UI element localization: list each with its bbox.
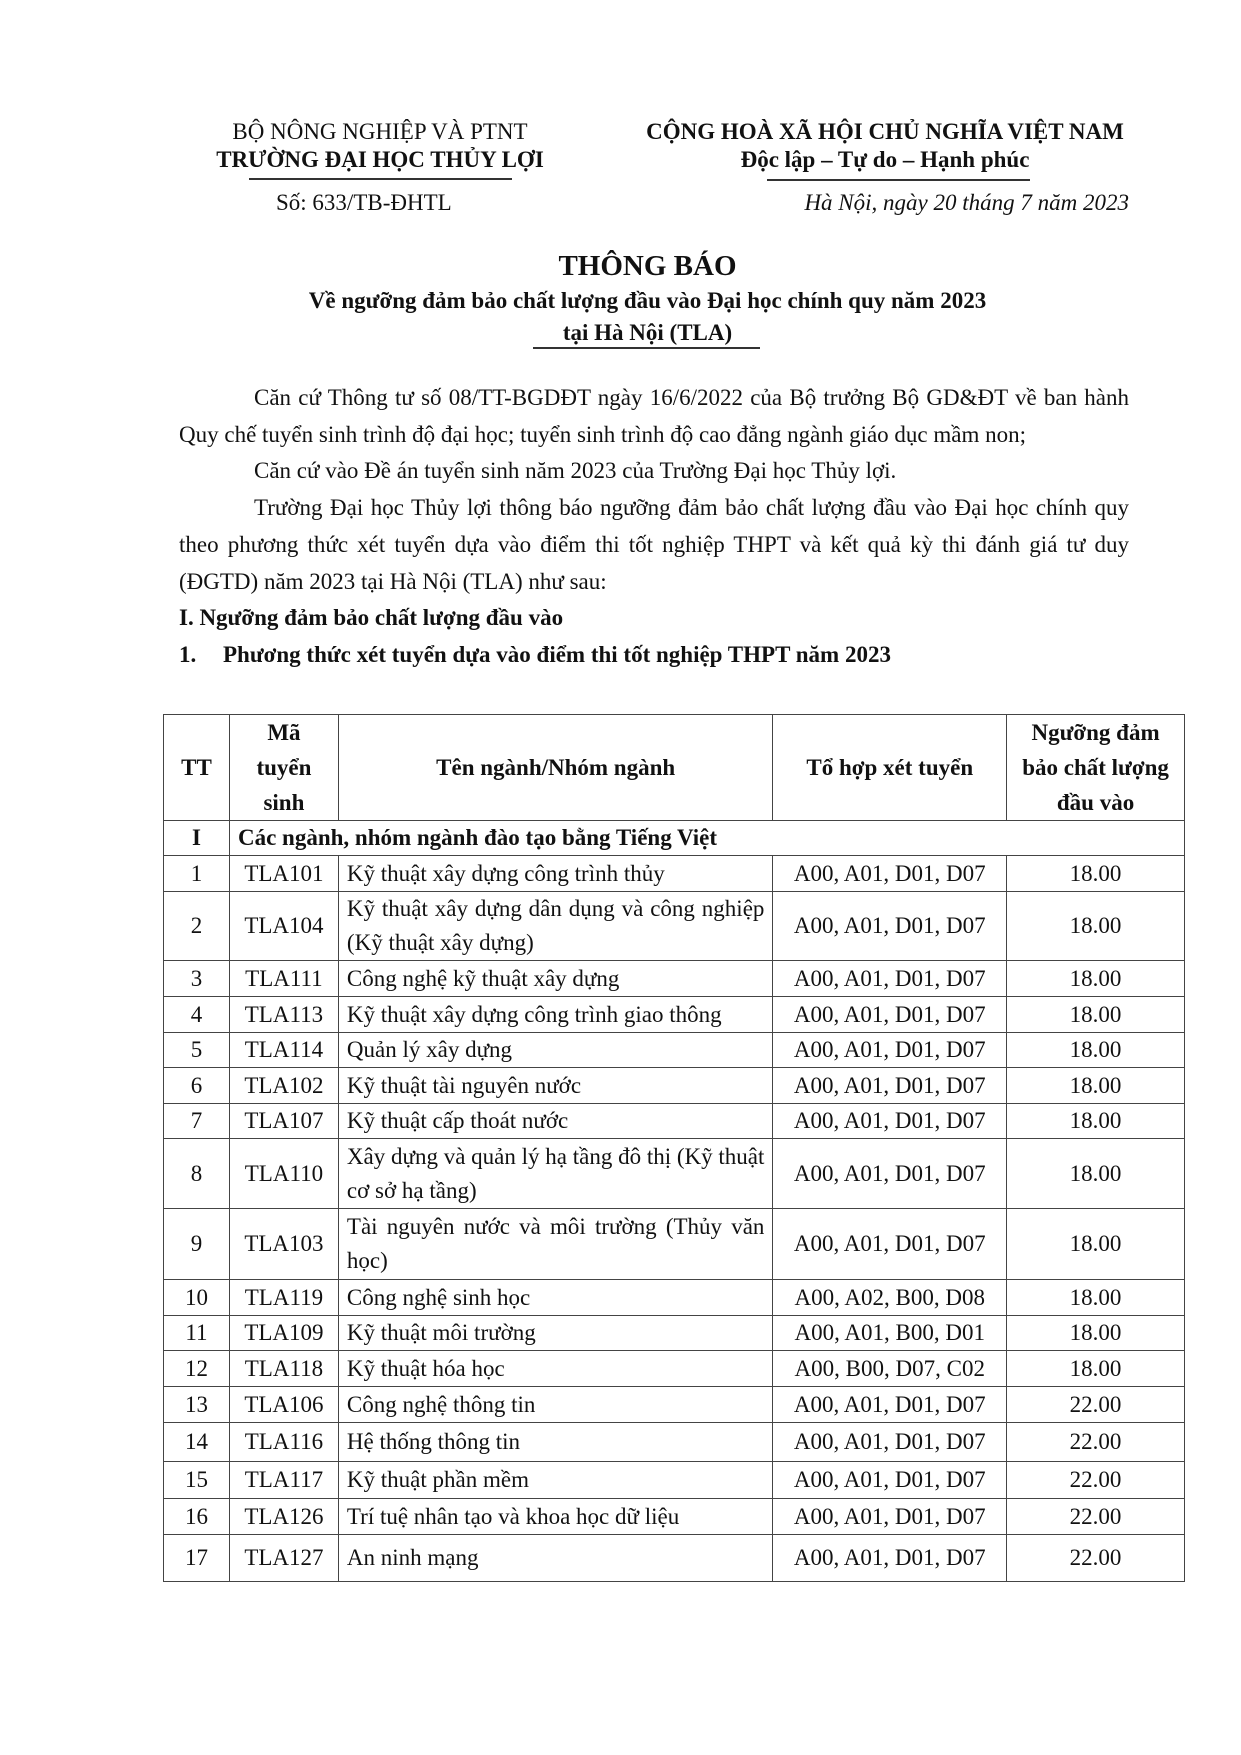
row-program-name: Kỹ thuật xây dựng công trình giao thông xyxy=(338,997,772,1033)
body-paragraph: Căn cứ vào Đề án tuyển sinh năm 2023 của… xyxy=(179,453,1129,490)
row-number: 6 xyxy=(164,1068,230,1104)
row-code: TLA103 xyxy=(229,1209,338,1280)
table-row: 14TLA116Hệ thống thông tinA00, A01, D01,… xyxy=(164,1423,1185,1462)
country-name: CỘNG HOÀ XÃ HỘI CHỦ NGHĨA VIỆT NAM xyxy=(620,118,1150,146)
row-number: 9 xyxy=(164,1209,230,1280)
row-combination: A00, A01, D01, D07 xyxy=(773,1387,1007,1423)
row-number: 17 xyxy=(164,1535,230,1582)
national-title-block: CỘNG HOÀ XÃ HỘI CHỦ NGHĨA VIỆT NAM Độc l… xyxy=(620,118,1150,174)
row-code: TLA113 xyxy=(229,997,338,1033)
row-number: 8 xyxy=(164,1139,230,1209)
table-row: 8TLA110Xây dựng và quản lý hạ tầng đô th… xyxy=(164,1139,1185,1209)
row-code: TLA101 xyxy=(229,856,338,892)
row-combination: A00, A01, D01, D07 xyxy=(773,1068,1007,1104)
table-header-row: TT Mã tuyển sinh Tên ngành/Nhóm ngành Tổ… xyxy=(164,715,1185,821)
row-code: TLA116 xyxy=(229,1423,338,1462)
header-combo: Tổ hợp xét tuyển xyxy=(773,715,1007,821)
row-code: TLA117 xyxy=(229,1462,338,1499)
row-threshold: 18.00 xyxy=(1007,1139,1185,1209)
table-row: 2TLA104Kỹ thuật xây dựng dân dụng và côn… xyxy=(164,892,1185,961)
row-code: TLA114 xyxy=(229,1033,338,1068)
row-program-name: Kỹ thuật xây dựng dân dụng và công nghiệ… xyxy=(338,892,772,961)
row-program-name: Công nghệ kỹ thuật xây dựng xyxy=(338,961,772,997)
row-code: TLA127 xyxy=(229,1535,338,1582)
row-combination: A00, A01, D01, D07 xyxy=(773,1462,1007,1499)
row-number: 3 xyxy=(164,961,230,997)
row-number: 12 xyxy=(164,1351,230,1387)
row-threshold: 18.00 xyxy=(1007,1351,1185,1387)
row-threshold: 18.00 xyxy=(1007,1068,1185,1104)
row-program-name: Kỹ thuật cấp thoát nước xyxy=(338,1104,772,1139)
issue-date: Hà Nội, ngày 20 tháng 7 năm 2023 xyxy=(804,190,1129,216)
row-code: TLA119 xyxy=(229,1280,338,1316)
row-code: TLA111 xyxy=(229,961,338,997)
row-program-name: Trí tuệ nhân tạo và khoa học dữ liệu xyxy=(338,1499,772,1535)
table-row: 12TLA118Kỹ thuật hóa họcA00, B00, D07, C… xyxy=(164,1351,1185,1387)
row-threshold: 18.00 xyxy=(1007,997,1185,1033)
row-program-name: Kỹ thuật phần mềm xyxy=(338,1462,772,1499)
body-paragraph: Trường Đại học Thủy lợi thông báo ngưỡng… xyxy=(179,490,1129,600)
row-threshold: 18.00 xyxy=(1007,961,1185,997)
row-threshold: 18.00 xyxy=(1007,1209,1185,1280)
row-threshold: 22.00 xyxy=(1007,1387,1185,1423)
row-program-name: Tài nguyên nước và môi trường (Thủy văn … xyxy=(338,1209,772,1280)
subtitle-underline xyxy=(533,347,760,349)
header-threshold: Ngưỡng đảm bảo chất lượng đầu vào xyxy=(1007,715,1185,821)
row-combination: A00, A01, D01, D07 xyxy=(773,1499,1007,1535)
header-name: Tên ngành/Nhóm ngành xyxy=(338,715,772,821)
row-combination: A00, A01, D01, D07 xyxy=(773,1033,1007,1068)
table-row: 15TLA117Kỹ thuật phần mềmA00, A01, D01, … xyxy=(164,1462,1185,1499)
header-tt: TT xyxy=(164,715,230,821)
body-paragraph: Căn cứ Thông tư số 08/TT-BGDĐT ngày 16/6… xyxy=(179,380,1129,453)
row-combination: A00, A01, D01, D07 xyxy=(773,1209,1007,1280)
table-row: 17TLA127An ninh mạngA00, A01, D01, D0722… xyxy=(164,1535,1185,1582)
row-threshold: 18.00 xyxy=(1007,1104,1185,1139)
table-row: 7TLA107Kỹ thuật cấp thoát nướcA00, A01, … xyxy=(164,1104,1185,1139)
row-program-name: Kỹ thuật hóa học xyxy=(338,1351,772,1387)
row-number: 7 xyxy=(164,1104,230,1139)
row-code: TLA102 xyxy=(229,1068,338,1104)
document-number: Số: 633/TB-ĐHTL xyxy=(276,190,452,216)
row-program-name: Công nghệ sinh học xyxy=(338,1280,772,1316)
motto-underline xyxy=(767,179,1030,181)
row-threshold: 18.00 xyxy=(1007,892,1185,961)
row-threshold: 18.00 xyxy=(1007,1033,1185,1068)
row-number: 11 xyxy=(164,1316,230,1351)
row-number: 5 xyxy=(164,1033,230,1068)
table-row: 6TLA102Kỹ thuật tài nguyên nướcA00, A01,… xyxy=(164,1068,1185,1104)
national-motto: Độc lập – Tự do – Hạnh phúc xyxy=(620,146,1150,174)
row-combination: A00, A01, D01, D07 xyxy=(773,1104,1007,1139)
row-number: 16 xyxy=(164,1499,230,1535)
table-row: 16TLA126Trí tuệ nhân tạo và khoa học dữ … xyxy=(164,1499,1185,1535)
table-row: 1TLA101Kỹ thuật xây dựng công trình thủy… xyxy=(164,856,1185,892)
document-body: Căn cứ Thông tư số 08/TT-BGDĐT ngày 16/6… xyxy=(179,380,1129,674)
table-row: 11TLA109Kỹ thuật môi trườngA00, A01, B00… xyxy=(164,1316,1185,1351)
row-threshold: 22.00 xyxy=(1007,1423,1185,1462)
table-row: 4TLA113Kỹ thuật xây dựng công trình giao… xyxy=(164,997,1185,1033)
row-threshold: 18.00 xyxy=(1007,856,1185,892)
row-combination: A00, A01, D01, D07 xyxy=(773,997,1007,1033)
subsection-heading: 1.Phương thức xét tuyển dựa vào điểm thi… xyxy=(179,637,1129,674)
table-section-row: I Các ngành, nhóm ngành đào tạo bằng Tiế… xyxy=(164,821,1185,856)
document-title: THÔNG BÁO xyxy=(0,250,1241,283)
row-code: TLA110 xyxy=(229,1139,338,1209)
row-combination: A00, A01, D01, D07 xyxy=(773,1139,1007,1209)
ministry-name: BỘ NÔNG NGHIỆP VÀ PTNT xyxy=(180,118,580,146)
row-program-name: Quản lý xây dựng xyxy=(338,1033,772,1068)
row-combination: A00, A01, D01, D07 xyxy=(773,856,1007,892)
row-combination: A00, A01, D01, D07 xyxy=(773,1535,1007,1582)
row-program-name: Công nghệ thông tin xyxy=(338,1387,772,1423)
row-program-name: Xây dựng và quản lý hạ tầng đô thị (Kỹ t… xyxy=(338,1139,772,1209)
admission-threshold-table: TT Mã tuyển sinh Tên ngành/Nhóm ngành Tổ… xyxy=(163,714,1185,1582)
row-code: TLA104 xyxy=(229,892,338,961)
row-number: 13 xyxy=(164,1387,230,1423)
table-row: 10TLA119Công nghệ sinh họcA00, A02, B00,… xyxy=(164,1280,1185,1316)
row-combination: A00, B00, D07, C02 xyxy=(773,1351,1007,1387)
header-code: Mã tuyển sinh xyxy=(229,715,338,821)
row-program-name: Hệ thống thông tin xyxy=(338,1423,772,1462)
row-number: 14 xyxy=(164,1423,230,1462)
table-row: 5TLA114Quản lý xây dựngA00, A01, D01, D0… xyxy=(164,1033,1185,1068)
row-program-name: Kỹ thuật môi trường xyxy=(338,1316,772,1351)
row-combination: A00, A02, B00, D08 xyxy=(773,1280,1007,1316)
row-combination: A00, A01, B00, D01 xyxy=(773,1316,1007,1351)
row-code: TLA118 xyxy=(229,1351,338,1387)
table-row: 9TLA103Tài nguyên nước và môi trường (Th… xyxy=(164,1209,1185,1280)
document-subtitle-line2: tại Hà Nội (TLA) xyxy=(0,320,1241,346)
row-number: 2 xyxy=(164,892,230,961)
subsection-title: Phương thức xét tuyển dựa vào điểm thi t… xyxy=(223,642,891,667)
row-threshold: 22.00 xyxy=(1007,1462,1185,1499)
row-program-name: Kỹ thuật tài nguyên nước xyxy=(338,1068,772,1104)
row-code: TLA126 xyxy=(229,1499,338,1535)
table-row: 13TLA106Công nghệ thông tinA00, A01, D01… xyxy=(164,1387,1185,1423)
row-number: 1 xyxy=(164,856,230,892)
row-number: 10 xyxy=(164,1280,230,1316)
university-name: TRƯỜNG ĐẠI HỌC THỦY LỢI xyxy=(180,146,580,174)
row-threshold: 22.00 xyxy=(1007,1535,1185,1582)
row-threshold: 22.00 xyxy=(1007,1499,1185,1535)
row-code: TLA109 xyxy=(229,1316,338,1351)
university-underline xyxy=(249,178,512,180)
row-number: 15 xyxy=(164,1462,230,1499)
row-combination: A00, A01, D01, D07 xyxy=(773,961,1007,997)
section-label: Các ngành, nhóm ngành đào tạo bằng Tiếng… xyxy=(229,821,1184,856)
row-combination: A00, A01, D01, D07 xyxy=(773,1423,1007,1462)
row-program-name: An ninh mạng xyxy=(338,1535,772,1582)
row-threshold: 18.00 xyxy=(1007,1316,1185,1351)
subsection-number: 1. xyxy=(179,637,223,674)
table-row: 3TLA111Công nghệ kỹ thuật xây dựngA00, A… xyxy=(164,961,1185,997)
row-number: 4 xyxy=(164,997,230,1033)
section-heading: I. Ngưỡng đảm bảo chất lượng đầu vào xyxy=(179,600,1129,637)
row-combination: A00, A01, D01, D07 xyxy=(773,892,1007,961)
row-threshold: 18.00 xyxy=(1007,1280,1185,1316)
issuing-authority-block: BỘ NÔNG NGHIỆP VÀ PTNT TRƯỜNG ĐẠI HỌC TH… xyxy=(180,118,580,174)
document-subtitle-line1: Về ngưỡng đảm bảo chất lượng đầu vào Đại… xyxy=(0,288,1241,314)
section-number: I xyxy=(164,821,230,856)
row-code: TLA107 xyxy=(229,1104,338,1139)
row-code: TLA106 xyxy=(229,1387,338,1423)
row-program-name: Kỹ thuật xây dựng công trình thủy xyxy=(338,856,772,892)
